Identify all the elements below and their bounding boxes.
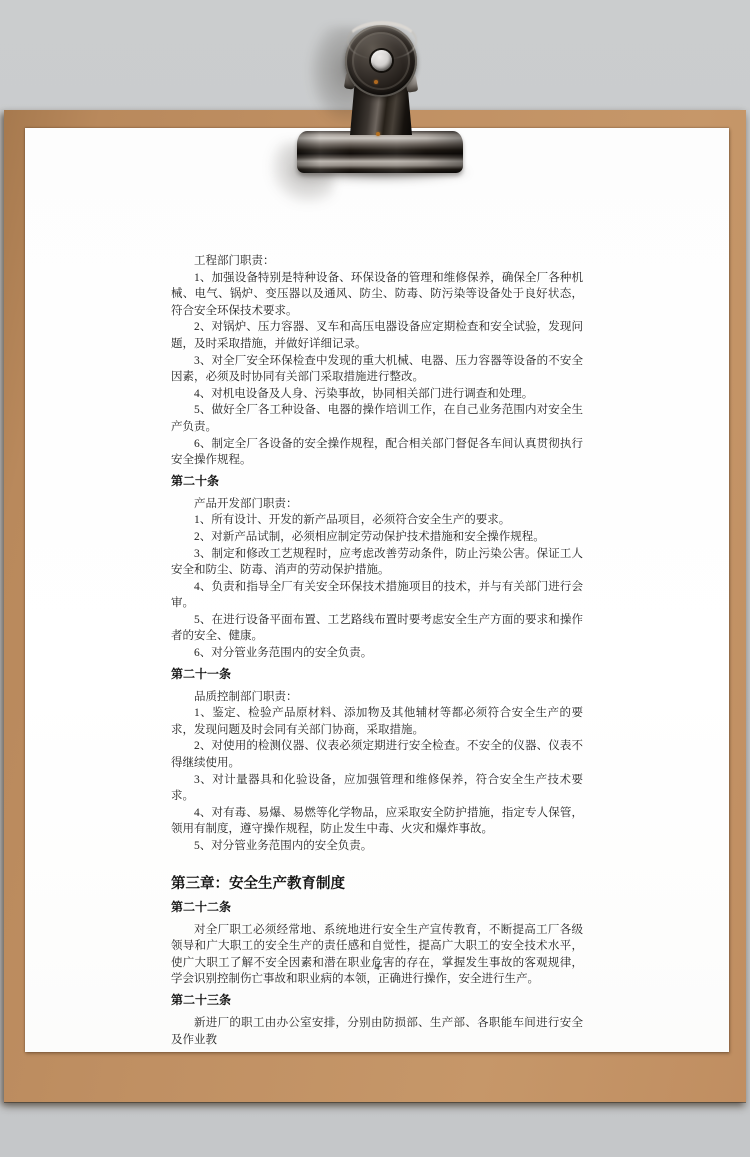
article-heading: 第二十二条 bbox=[171, 899, 583, 916]
page-number: 4 bbox=[25, 961, 729, 973]
paragraph: 6、对分管业务范围内的安全负责。 bbox=[171, 645, 583, 662]
paragraph: 3、对全厂安全环保检查中发现的重大机械、电器、压力容器等设备的不安全因素，必须及… bbox=[171, 353, 583, 386]
paragraph: 新进厂的职工由办公室安排，分别由防损部、生产部、各职能车间进行安全及作业教 bbox=[171, 1015, 583, 1048]
document-body: 工程部门职责：1、加强设备特别是特种设备、环保设备的管理和维修保养，确保全厂各种… bbox=[171, 253, 583, 1048]
article-heading: 第二十一条 bbox=[171, 666, 583, 683]
paragraph: 2、对锅炉、压力容器、叉车和高压电器设备应定期检查和安全试验，发现问题，及时采取… bbox=[171, 319, 583, 352]
paragraph: 1、加强设备特别是特种设备、环保设备的管理和维修保养，确保全厂各种机械、电气、锅… bbox=[171, 270, 583, 320]
paragraph: 5、对分管业务范围内的安全负责。 bbox=[171, 838, 583, 855]
paragraph: 产品开发部门职责： bbox=[171, 496, 583, 513]
binder-clip-knob bbox=[345, 25, 417, 97]
document-page: 工程部门职责：1、加强设备特别是特种设备、环保设备的管理和维修保养，确保全厂各种… bbox=[25, 128, 729, 1052]
paragraph: 5、在进行设备平面布置、工艺路线布置时要考虑安全生产方面的要求和操作者的安全、健… bbox=[171, 612, 583, 645]
clipboard: 工程部门职责：1、加强设备特别是特种设备、环保设备的管理和维修保养，确保全厂各种… bbox=[4, 110, 746, 1102]
paragraph: 5、做好全厂各工种设备、电器的操作培训工作，在自己业务范围内对安全生产负责。 bbox=[171, 402, 583, 435]
chapter-heading: 第三章：安全生产教育制度 bbox=[171, 874, 583, 894]
article-heading: 第二十条 bbox=[171, 473, 583, 490]
binder-clip-lever-right bbox=[405, 74, 419, 93]
paragraph: 品质控制部门职责： bbox=[171, 689, 583, 706]
article-heading: 第二十三条 bbox=[171, 992, 583, 1009]
paragraph: 1、鉴定、检验产品原材料、添加物及其他辅材等都必须符合安全生产的要求，发现问题及… bbox=[171, 705, 583, 738]
paragraph: 1、所有设计、开发的新产品项目，必须符合安全生产的要求。 bbox=[171, 512, 583, 529]
paragraph: 4、负责和指导全厂有关安全环保技术措施项目的技术，并与有关部门进行会审。 bbox=[171, 579, 583, 612]
desk-background: 工程部门职责：1、加强设备特别是特种设备、环保设备的管理和维修保养，确保全厂各种… bbox=[0, 0, 750, 1157]
paragraph: 6、制定全厂各设备的安全操作规程，配合相关部门督促各车间认真贯彻执行安全操作规程… bbox=[171, 436, 583, 469]
binder-clip-lever-left bbox=[344, 72, 356, 89]
paragraph: 2、对使用的检测仪器、仪表必须定期进行安全检查。不安全的仪器、仪表不得继续使用。 bbox=[171, 738, 583, 771]
binder-clip-hole bbox=[371, 50, 392, 71]
paragraph: 4、对有毒、易爆、易燃等化学物品，应采取安全防护措施，指定专人保管，领用有制度，… bbox=[171, 805, 583, 838]
paragraph: 4、对机电设备及人身、污染事故，协同相关部门进行调查和处理。 bbox=[171, 386, 583, 403]
paragraph: 2、对新产品试制，必须相应制定劳动保护技术措施和安全操作规程。 bbox=[171, 529, 583, 546]
paragraph: 工程部门职责： bbox=[171, 253, 583, 270]
binder-clip-glint bbox=[374, 80, 378, 84]
paragraph: 对全厂职工必须经常地、系统地进行安全生产宣传教育，不断提高工厂各级领导和广大职工… bbox=[171, 922, 583, 988]
paragraph: 3、制定和修改工艺规程时，应考虑改善劳动条件，防止污染公害。保证工人安全和防尘、… bbox=[171, 546, 583, 579]
paragraph: 3、对计量器具和化验设备，应加强管理和维修保养，符合安全生产技术要求。 bbox=[171, 772, 583, 805]
